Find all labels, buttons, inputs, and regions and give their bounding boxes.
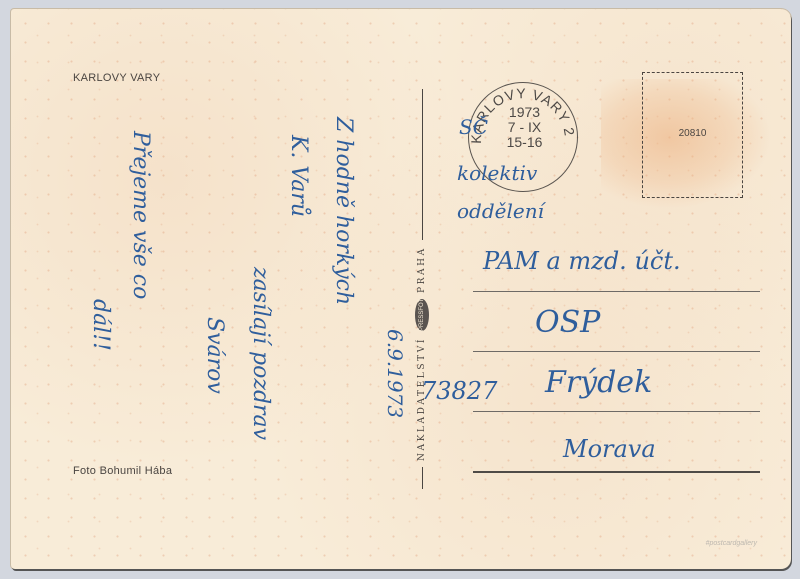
postcard-back: KARLOVY VARY Foto Bohumil Hába NAKLADATE… [11,9,791,569]
postmark-date: 7 - IX [497,120,552,135]
divider-rule [422,467,423,489]
message-signature: Svárov [202,317,227,394]
stamp-code: 20810 [643,128,742,139]
address-line: Morava [563,435,656,463]
message-line: Z hodně horkých [331,117,356,305]
address-line: oddělení [457,199,544,223]
address-line: SČ [459,115,488,139]
address-rule [473,411,760,412]
message-line: Přejeme vše co [128,131,153,299]
photo-credit: Foto Bohumil Hába [73,465,172,477]
postal-code: 73827 [421,377,497,405]
publisher-line: NAKLADATELSTVÍ PRESSFOTO PRAHA [415,89,429,489]
divider-rule [422,89,423,240]
watermark: #postcardgallery [706,540,757,547]
postmark-year: 1973 [497,105,552,120]
address-rule [473,291,760,292]
publisher-city: PRAHA [417,246,427,293]
address-line: kolektiv [457,161,537,185]
pressfoto-logo-icon: PRESSFOTO [415,299,429,331]
message-line: dál!! [88,299,113,351]
message-date: 6.9.1973 [383,329,407,418]
address-line: PAM a mzd. účt. [483,247,681,275]
postmark-date-block: 1973 7 - IX 15-16 [497,105,552,150]
address-line: Frýdek [545,365,652,400]
postmark-time: 15-16 [497,135,552,150]
message-line: K. Varů [286,135,311,217]
front-caption-title: KARLOVY VARY [73,72,160,84]
address-line: OSP [535,305,600,340]
message-line: zasílají pozdrav [248,267,273,440]
address-rule [473,471,760,473]
address-rule [473,351,760,352]
stamp-box: 20810 [642,72,743,198]
